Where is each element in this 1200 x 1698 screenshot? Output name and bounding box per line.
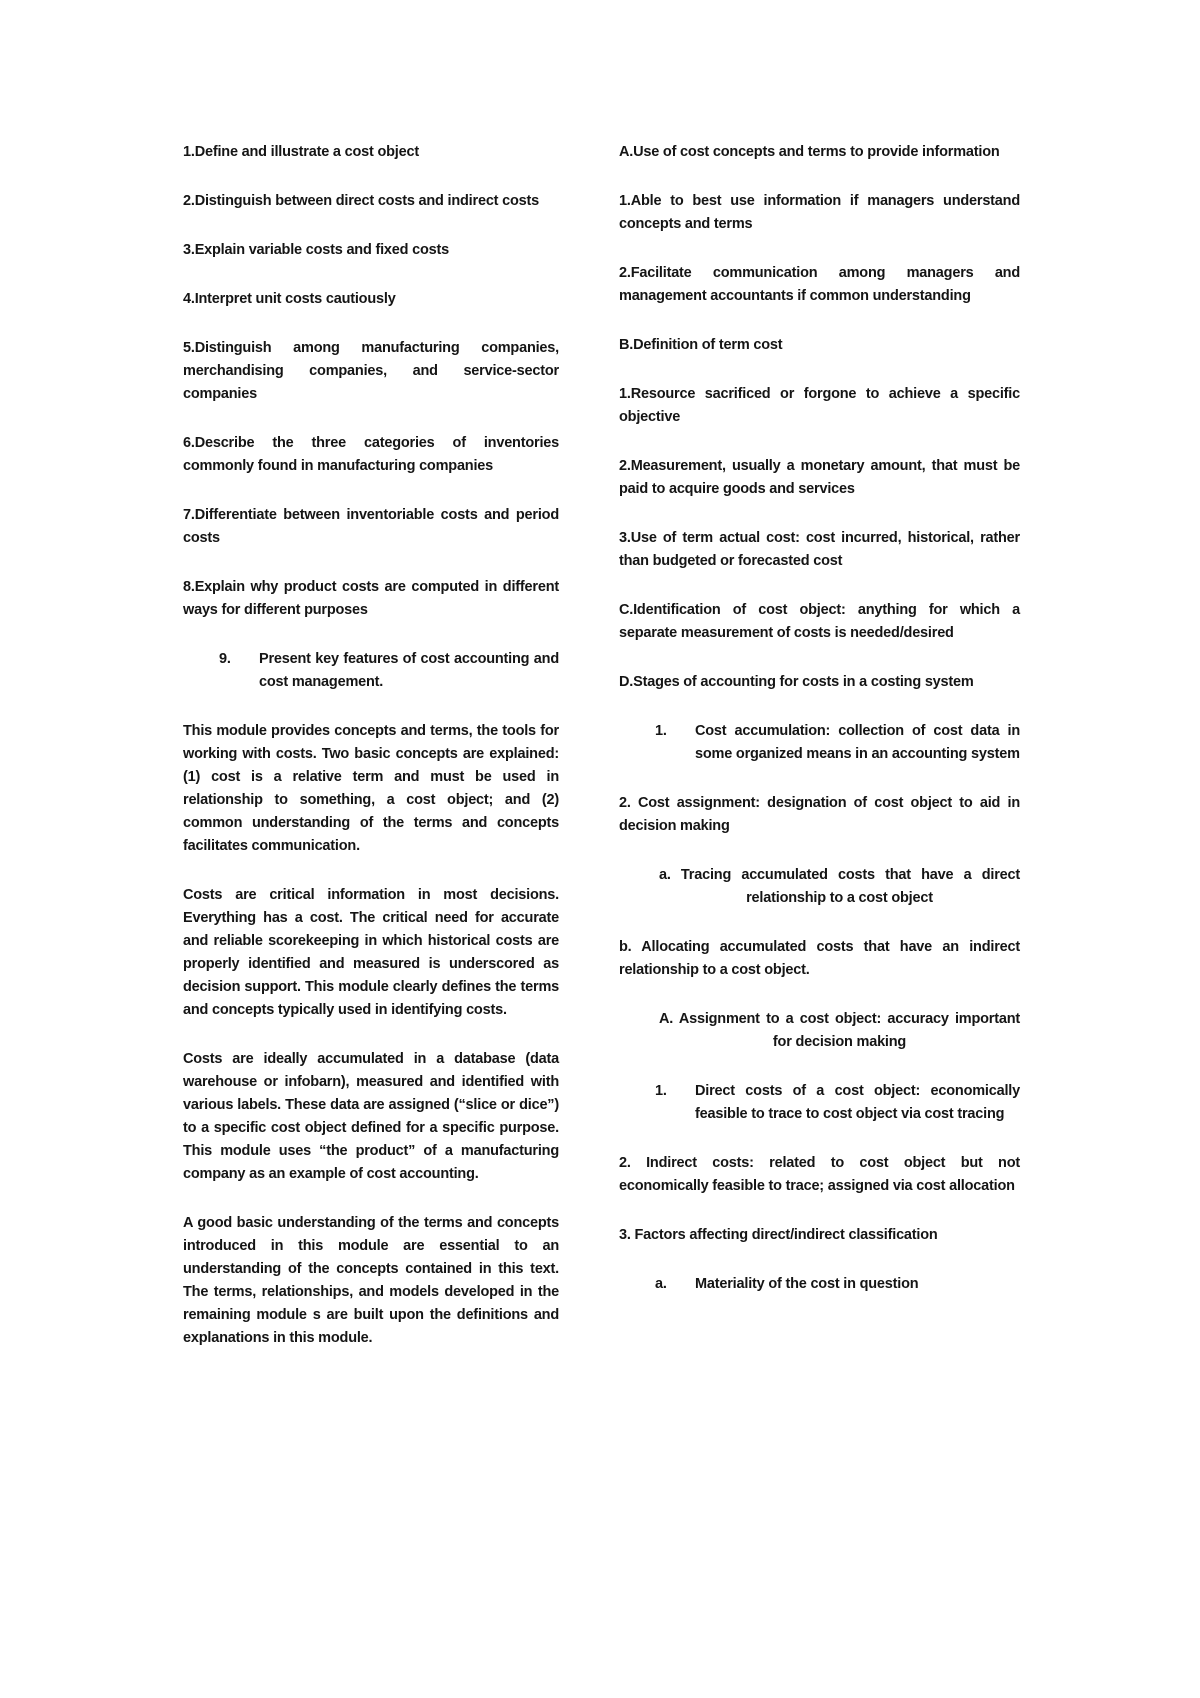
paragraph: 8.Explain why product costs are computed…	[183, 576, 559, 622]
paragraph: 3.Explain variable costs and fixed costs	[183, 239, 559, 262]
list-item: 1.Cost accumulation: collection of cost …	[619, 720, 1020, 766]
list-item: a.Materiality of the cost in question	[619, 1273, 1020, 1296]
list-marker: 9.	[219, 648, 259, 671]
list-item: a. Tracing accumulated costs that have a…	[619, 864, 1020, 910]
paragraph: Costs are ideally accumulated in a datab…	[183, 1048, 559, 1186]
paragraph: 3.Use of term actual cost: cost incurred…	[619, 527, 1020, 573]
text-column-left: 1.Define and illustrate a cost object2.D…	[183, 141, 559, 1350]
paragraph: 6.Describe the three categories of inven…	[183, 432, 559, 478]
paragraph: 1.Resource sacrificed or forgone to achi…	[619, 383, 1020, 429]
paragraph: 1.Able to best use information if manage…	[619, 190, 1020, 236]
text-column-right: A.Use of cost concepts and terms to prov…	[619, 141, 1020, 1296]
paragraph: This module provides concepts and terms,…	[183, 720, 559, 858]
paragraph: 3. Factors affecting direct/indirect cla…	[619, 1224, 1020, 1247]
paragraph: 2. Cost assignment: designation of cost …	[619, 792, 1020, 838]
paragraph: 1.Define and illustrate a cost object	[183, 141, 559, 164]
paragraph: B.Definition of term cost	[619, 334, 1020, 357]
paragraph: Costs are critical information in most d…	[183, 884, 559, 1022]
paragraph: D.Stages of accounting for costs in a co…	[619, 671, 1020, 694]
paragraph: 2.Distinguish between direct costs and i…	[183, 190, 559, 213]
paragraph: b. Allocating accumulated costs that hav…	[619, 936, 1020, 982]
paragraph: 7.Differentiate between inventoriable co…	[183, 504, 559, 550]
paragraph: 2. Indirect costs: related to cost objec…	[619, 1152, 1020, 1198]
list-item: 9.Present key features of cost accountin…	[183, 648, 559, 694]
paragraph: 2.Measurement, usually a monetary amount…	[619, 455, 1020, 501]
list-item: A. Assignment to a cost object: accuracy…	[619, 1008, 1020, 1054]
list-marker: 1.	[655, 720, 695, 743]
paragraph: C.Identification of cost object: anythin…	[619, 599, 1020, 645]
list-marker: a.	[655, 1273, 695, 1296]
list-item: 1.Direct costs of a cost object: economi…	[619, 1080, 1020, 1126]
paragraph: 4.Interpret unit costs cautiously	[183, 288, 559, 311]
paragraph: 5.Distinguish among manufacturing compan…	[183, 337, 559, 406]
paragraph: 2.Facilitate communication among manager…	[619, 262, 1020, 308]
paragraph: A good basic understanding of the terms …	[183, 1212, 559, 1350]
document-page: 1.Define and illustrate a cost object2.D…	[0, 0, 1200, 1698]
list-marker: 1.	[655, 1080, 695, 1103]
paragraph: A.Use of cost concepts and terms to prov…	[619, 141, 1020, 164]
